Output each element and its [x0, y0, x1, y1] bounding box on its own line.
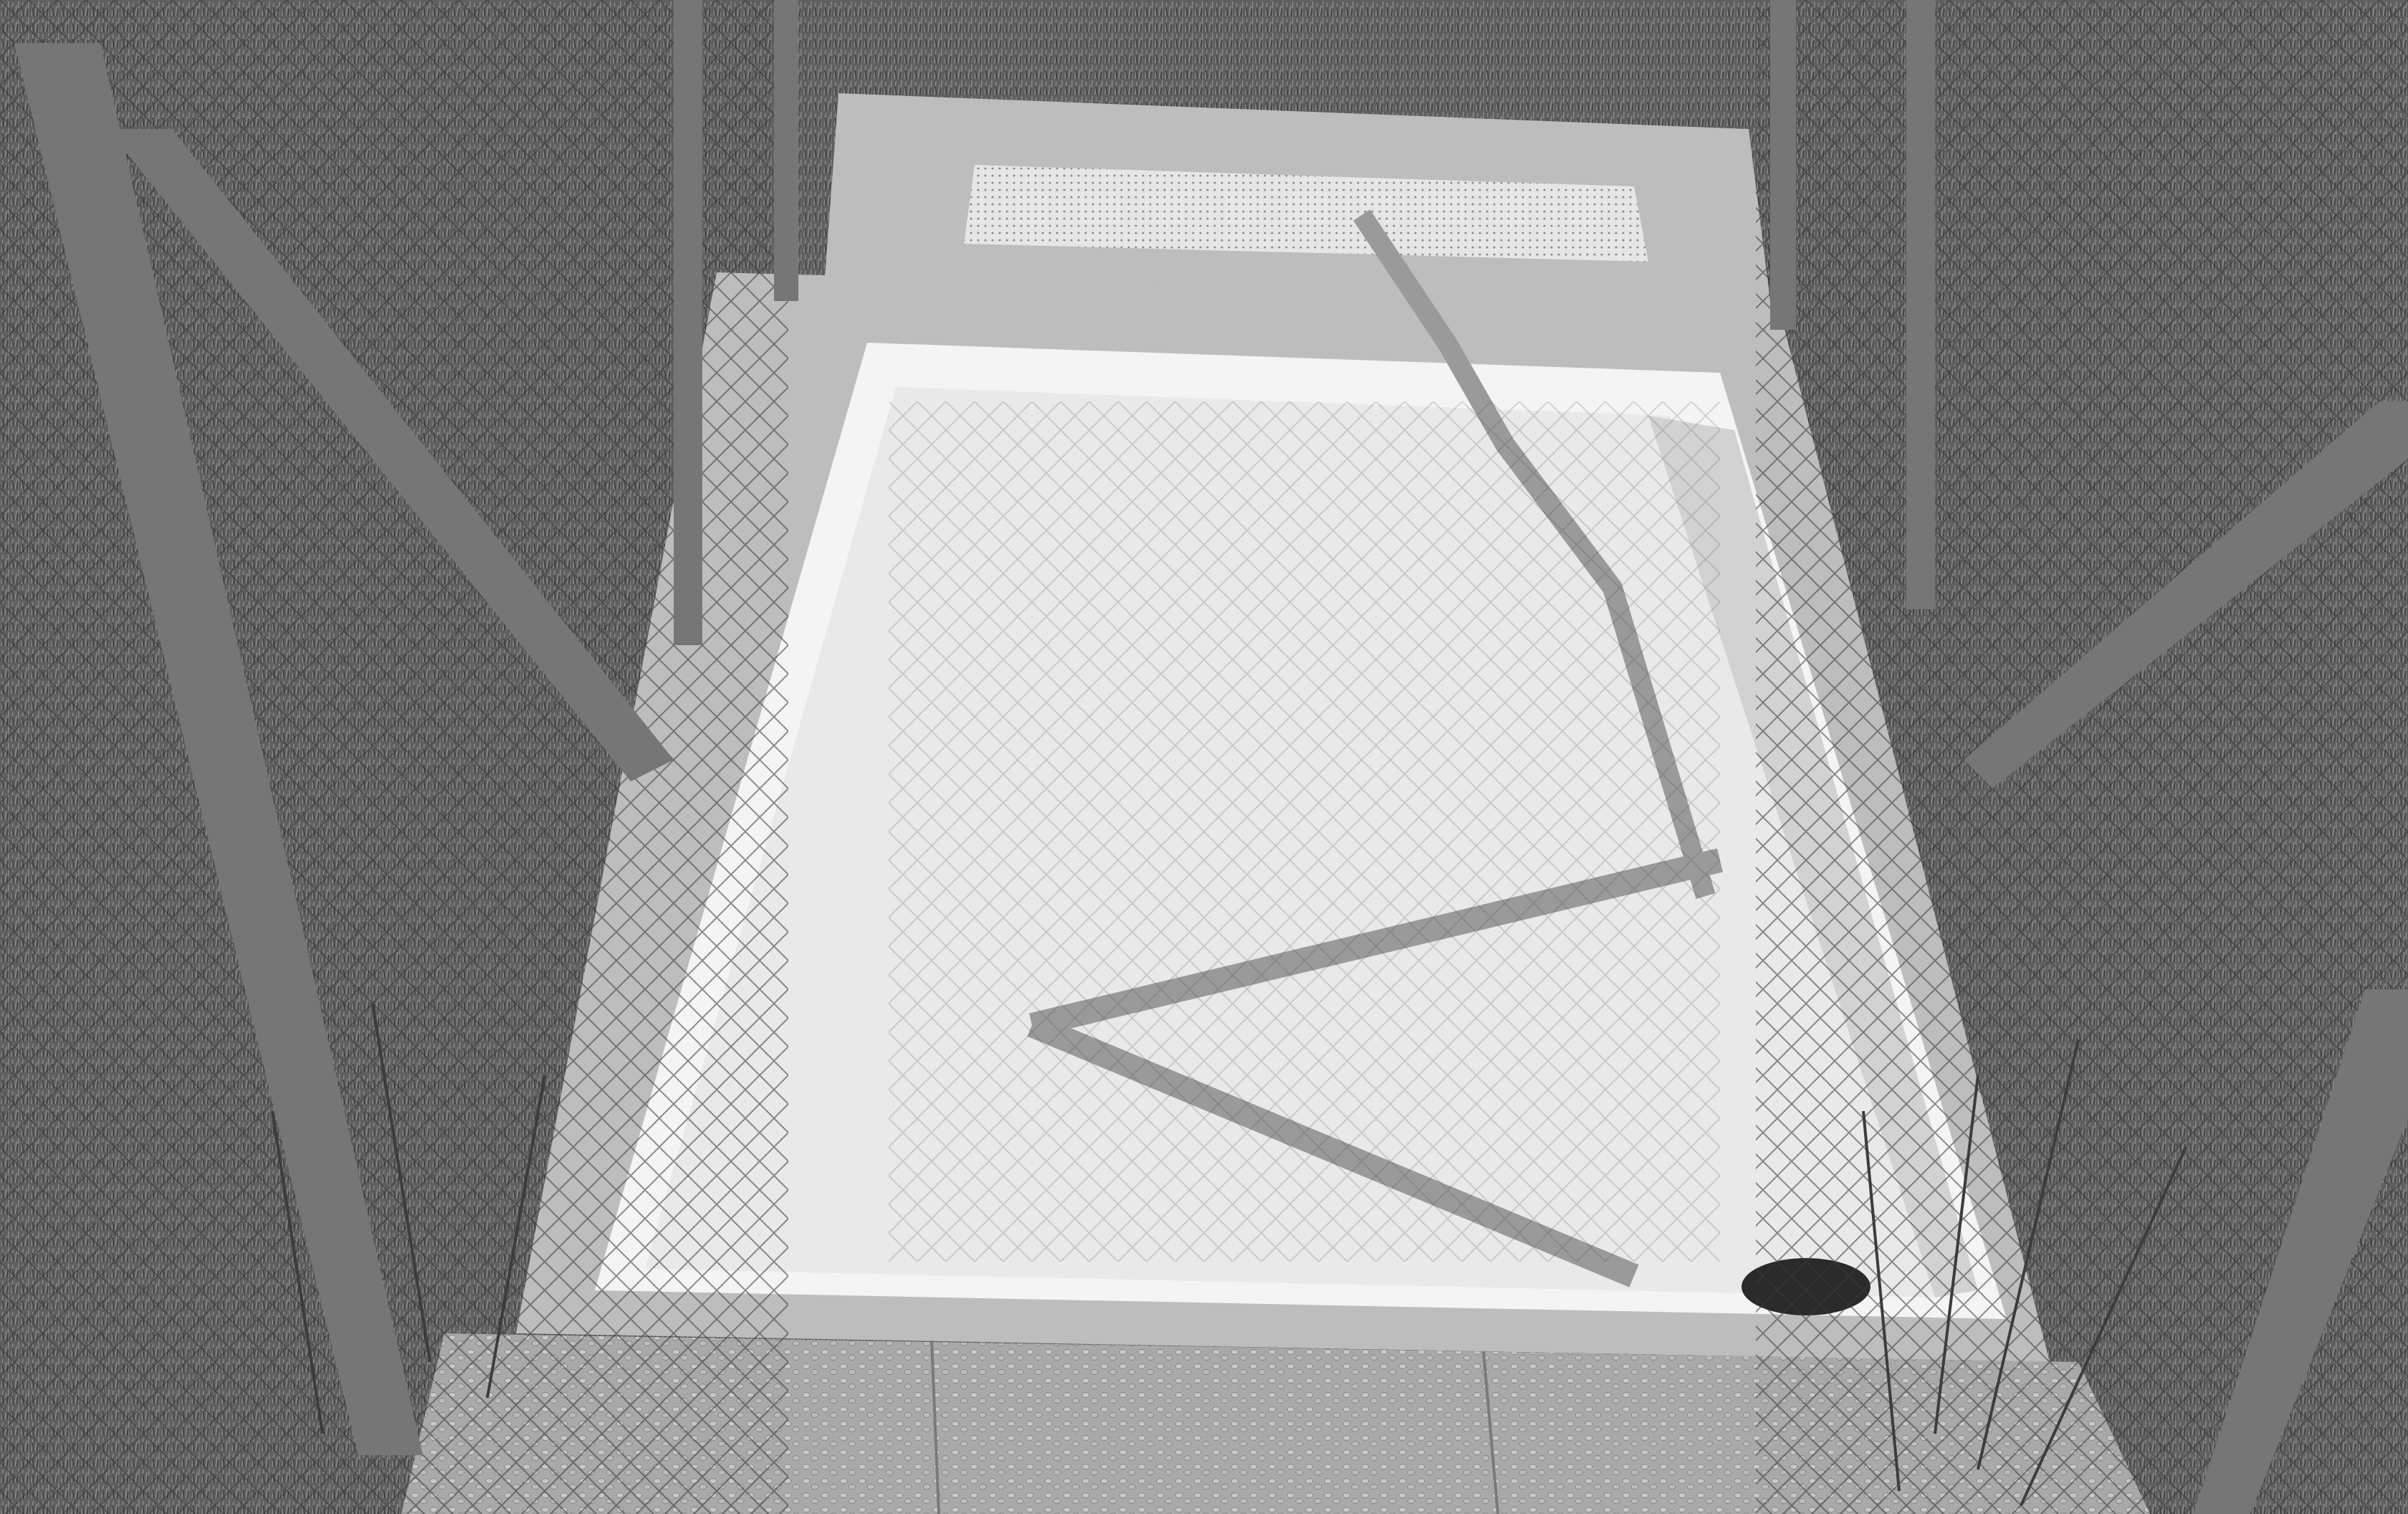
- scene-drawing: [0, 0, 2408, 1514]
- right-fence: [1756, 0, 2408, 1514]
- photograph: Black-and-white photograph of an outdoor…: [0, 0, 2408, 1514]
- left-fence: [0, 0, 798, 1514]
